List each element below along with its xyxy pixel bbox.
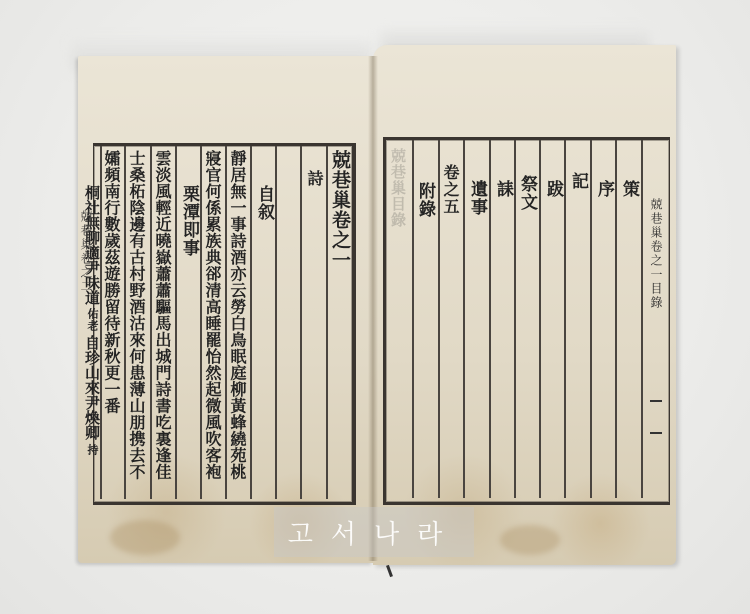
volume-title: 兢巷巢卷之一 xyxy=(329,150,351,270)
toc-item: 附錄 xyxy=(415,182,435,218)
poem-line: 雲淡風輕近曉嶽蕭蕭驅馬出城門詩書吃裏逢佳 xyxy=(153,150,171,480)
column-rule xyxy=(250,146,252,499)
column-rule xyxy=(463,140,465,498)
toc-item: 序 xyxy=(593,180,615,198)
interlinear-note: 持 xyxy=(86,444,98,456)
column-rule xyxy=(590,140,592,498)
column-rule xyxy=(615,140,617,498)
column-rule xyxy=(124,146,126,499)
column-rule xyxy=(175,146,177,499)
toc-item: 遺事 xyxy=(467,180,487,216)
watermark: 고서나라 xyxy=(274,507,474,557)
poem-line: 自珍山來尹煥卿 xyxy=(83,335,101,440)
bookmark-ribbon xyxy=(386,565,393,577)
poem-line: 孀頻南行數歲茲遊勝留待新秋更一番 xyxy=(102,150,120,414)
column-rule xyxy=(412,140,414,498)
page-edge-label: 兢巷巢卷之二 xyxy=(78,210,95,294)
column-rule xyxy=(300,146,302,499)
toc-item: 祭文 xyxy=(517,175,537,211)
poem-title: 自叙 xyxy=(253,185,275,221)
column-rule xyxy=(225,146,227,499)
column-rule xyxy=(539,140,541,498)
bleed-through-title: 兢巷巢目錄 xyxy=(389,148,407,228)
toc-item: 跋 xyxy=(542,180,564,198)
column-rule xyxy=(326,146,328,499)
column-rule xyxy=(150,146,152,499)
column-rule xyxy=(489,140,491,498)
column-rule xyxy=(641,140,643,498)
column-rule xyxy=(438,140,440,498)
toc-item: 策 xyxy=(618,180,640,198)
water-stain xyxy=(110,520,180,555)
column-rule xyxy=(514,140,516,498)
interlinear-note: 佑老 xyxy=(86,308,98,332)
poem-line: 靜居無一事詩酒亦云勞白鳥眠庭柳黃蜂繞苑桃 xyxy=(228,150,246,480)
column-rule xyxy=(275,146,277,499)
toc-item: 誄 xyxy=(492,180,514,198)
genre-heading: 詩 xyxy=(303,170,325,187)
column-rule xyxy=(200,146,202,499)
edge-mark xyxy=(650,432,662,434)
column-rule xyxy=(564,140,566,498)
poem-line: 士桑柘陰邊有古村野酒沽來何患薄山朋携去不 xyxy=(127,150,145,480)
book-gutter xyxy=(368,56,378,561)
toc-item: 記 xyxy=(567,172,589,190)
volume-marker: 卷之五 xyxy=(441,164,460,215)
poem-title: 栗潭即事 xyxy=(178,185,200,257)
page-edge-label: 兢巷巢卷之一目錄 xyxy=(648,198,663,310)
water-stain xyxy=(500,525,560,555)
poem-line: 寢官何係累族典郤清高睡罷怡然起微風吹客袍 xyxy=(203,150,221,480)
edge-mark xyxy=(650,400,662,402)
